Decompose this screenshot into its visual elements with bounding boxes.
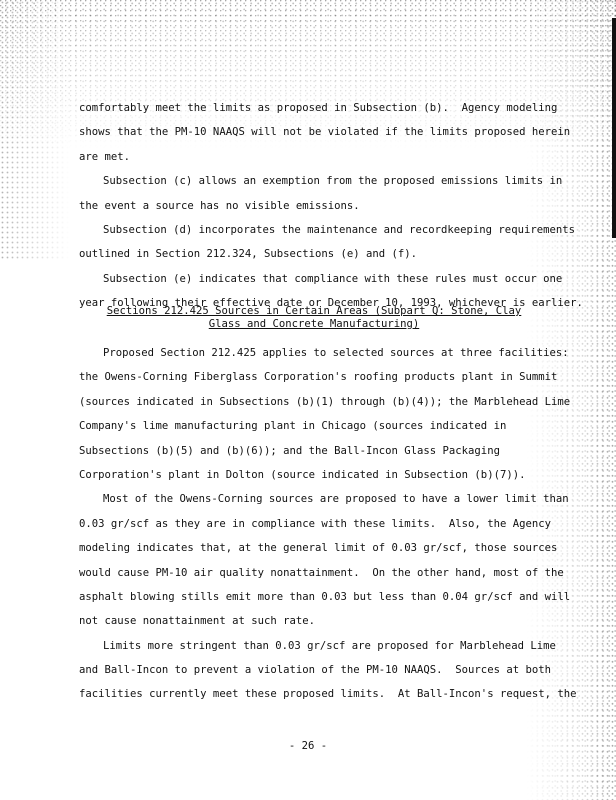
text-line: Subsection (d) incorporates the maintena…: [79, 218, 549, 242]
text-line: Company's lime manufacturing plant in Ch…: [79, 414, 549, 438]
section-heading-line2: Glass and Concrete Manufacturing): [209, 318, 419, 330]
text-line: asphalt blowing stills emit more than 0.…: [79, 585, 549, 609]
text-line: Subsection (c) allows an exemption from …: [79, 169, 549, 193]
scan-noise-left: [0, 0, 70, 260]
body-text-top: comfortably meet the limits as proposed …: [79, 96, 549, 316]
text-line: the event a source has no visible emissi…: [79, 194, 549, 218]
text-line: the Owens-Corning Fiberglass Corporation…: [79, 365, 549, 389]
text-line: and Ball-Incon to prevent a violation of…: [79, 658, 549, 682]
text-line: Subsections (b)(5) and (b)(6)); and the …: [79, 439, 549, 463]
text-line: facilities currently meet these proposed…: [79, 682, 549, 706]
text-line: comfortably meet the limits as proposed …: [79, 96, 549, 120]
scan-edge-bar: [612, 18, 616, 238]
text-line: Subsection (e) indicates that compliance…: [79, 267, 549, 291]
text-line: Corporation's plant in Dolton (source in…: [79, 463, 549, 487]
text-line: not cause nonattainment at such rate.: [79, 609, 549, 633]
text-line: Proposed Section 212.425 applies to sele…: [79, 341, 549, 365]
text-line: outlined in Section 212.324, Subsections…: [79, 242, 549, 266]
section-heading-line1: Sections 212.425 Sources in Certain Area…: [107, 305, 522, 317]
text-line: are met.: [79, 145, 549, 169]
section-heading: Sections 212.425 Sources in Certain Area…: [79, 305, 549, 331]
text-line: Limits more stringent than 0.03 gr/scf a…: [79, 634, 549, 658]
text-line: Most of the Owens-Corning sources are pr…: [79, 487, 549, 511]
page-number: - 26 -: [0, 740, 616, 752]
text-line: (sources indicated in Subsections (b)(1)…: [79, 390, 549, 414]
text-line: would cause PM-10 air quality nonattainm…: [79, 561, 549, 585]
text-line: 0.03 gr/scf as they are in compliance wi…: [79, 512, 549, 536]
text-line: shows that the PM-10 NAAQS will not be v…: [79, 120, 549, 144]
body-text-bottom: Proposed Section 212.425 applies to sele…: [79, 341, 549, 707]
text-line: modeling indicates that, at the general …: [79, 536, 549, 560]
